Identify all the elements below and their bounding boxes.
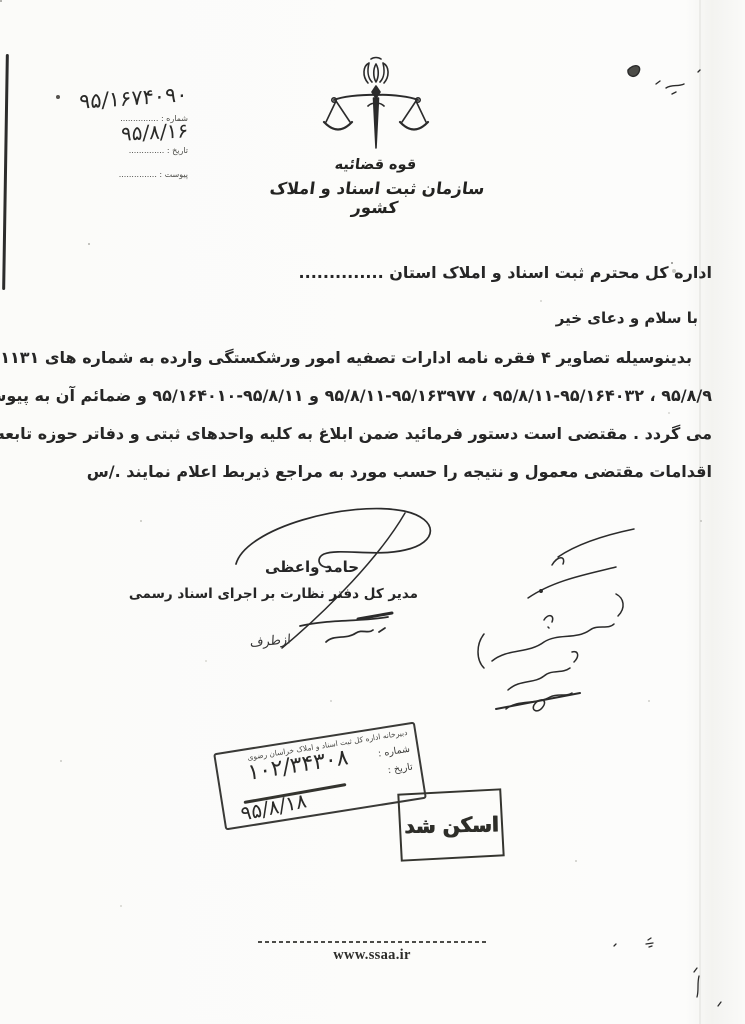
attachment-row: پیوست : ............... [119,170,188,179]
body-line-3: می گردد . مقتضی است دستور فرمائید ضمن اب… [42,415,712,453]
footer-website: www.ssaa.ir [258,947,486,964]
handwritten-marginalia [448,512,668,722]
handwritten-letter-date: ۹۵/۸/۱۶ [121,118,188,146]
scanned-confirmation-stamp: اسکن شد [397,788,504,861]
letter-body: بدینوسیله تصاویر ۴ فقره نامه ادارات تصفی… [42,339,712,491]
scan-noise-specks [0,0,2,2]
scan-edge-artifact [2,54,9,290]
body-line-1: بدینوسیله تصاویر ۴ فقره نامه ادارات تصفی… [42,339,712,377]
scan-seam-artifact [699,0,701,1024]
body-line-2: ۹۵/۸/۹ ، ۹۵/۸/۱۱-۹۵/۱۶۴۰۳۲ ، ۹۵/۸/۱۱-۹۵/… [42,377,712,415]
judiciary-title: قوه قضائیه [297,157,454,173]
date-dots: .............. [129,146,165,155]
bottom-edge-marks [598,928,738,1018]
date-row: تاریخ : .............. [129,146,188,155]
footer-divider [258,941,486,943]
recipient-line: اداره کل محترم ثبت اسناد و املاک استان .… [299,263,712,282]
ink-smudge-marks [612,54,722,114]
scanned-stamp-label: اسکن شد [404,812,499,839]
body-line-4: اقدامات مقتضی معمول و نتیجه را حسب مورد … [42,453,712,491]
attachment-label: پیوست : [159,170,188,179]
handwritten-letter-number: ۹۵/۱۶۷۴۰۹۰ [80,82,188,114]
date-label: تاریخ : [167,146,188,155]
salutation-line: با سلام و دعای خیر [556,309,698,327]
attachment-dots: ............... [119,170,157,179]
reference-block: شماره : ............... تاریخ : ........… [18,88,188,198]
judiciary-scales-emblem-icon [316,56,436,158]
scanned-letter-page: شماره : ............... تاریخ : ........… [0,0,745,1024]
organization-title: سازمان ثبت اسناد و املاک کشور [253,179,500,217]
